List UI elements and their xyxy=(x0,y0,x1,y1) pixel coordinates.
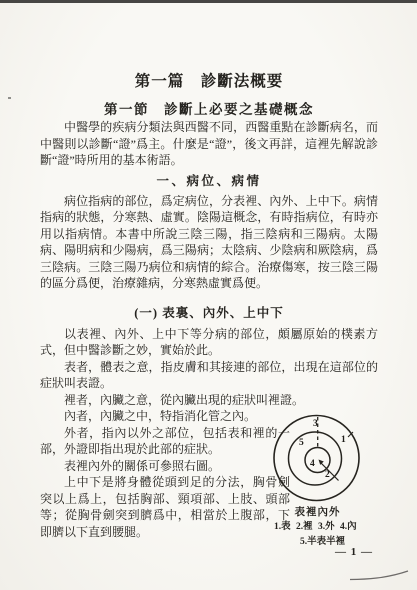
figure-label-2: 2 xyxy=(325,470,330,480)
topic-heading: 一、病位、病情 xyxy=(40,173,378,190)
figure-diagram: 3 1 5 4 2 xyxy=(270,413,365,505)
text-column-beside-figure: 外者，指內以外之部位，包括表和裡的一部，外證即指出現於此部的症狀。 表裡內外的關… xyxy=(40,425,290,541)
figure-label-1: 1 xyxy=(341,435,346,445)
arrowhead xyxy=(319,460,324,465)
body-paragraph: 裡者，內臟之意，從內臟出現的症狀叫裡證。 xyxy=(40,392,378,409)
figure-label-5: 5 xyxy=(299,438,304,448)
figure-label-3: 3 xyxy=(313,419,318,429)
body-paragraph: 表裡內外的關係可參照右圖。 xyxy=(40,458,290,475)
body-paragraph: 表者，體表之意，指皮膚和其接連的部位，出現在這部位的症狀叫表證。 xyxy=(40,359,378,392)
figure-concentric-circles: 3 1 5 4 2 表裡內外 1.表 2.裡 3.外 4.內 5.半表半裡 xyxy=(269,411,417,548)
figure-label-4: 4 xyxy=(310,459,315,469)
figure-legend-line1: 1.表 2.裡 3.外 4.內 xyxy=(269,522,417,534)
body-paragraph: 上中下是將身體從頭到足的分法，胸骨劍突以上爲上，包括胸部、頸項部、上肢、頭部等；… xyxy=(40,474,290,540)
intro-paragraph: 中醫學的疾病分類法與西醫不同，西醫重點在診斷病名，而中醫則以診斷“證”爲主。什麼… xyxy=(40,119,378,169)
scan-speck-artifact xyxy=(8,97,11,99)
scan-corner-curve-artifact xyxy=(348,569,412,583)
scanned-book-page: 第一篇 診斷法概要 第一節 診斷上必要之基礎概念 中醫學的疾病分類法與西醫不同，… xyxy=(0,0,417,590)
page-number: — 1 — xyxy=(331,546,377,558)
body-paragraph: 以表裡、內外、上中下等分病的部位，頗屬原始的樸素方式，但中醫診斷之妙，實始於此。 xyxy=(40,326,378,359)
figure-caption: 表裡內外 xyxy=(270,507,365,519)
middle-circle xyxy=(289,432,342,485)
section-title: 第一節 診斷上必要之基礎概念 xyxy=(40,101,378,119)
arrow-line xyxy=(321,463,339,481)
subsection-heading: (一) 表裏、內外、上中下 xyxy=(40,305,378,322)
body-paragraph: 外者，指內以外之部位，包括表和裡的一部，外證即指出現於此部的症狀。 xyxy=(40,425,290,458)
chapter-title: 第一篇 診斷法概要 xyxy=(40,72,378,92)
body-paragraph: 病位指病的部位，爲定病位，分表裡、內外、上中下。病情指病的狀態，分寒熱、虛實。陰… xyxy=(40,193,378,292)
